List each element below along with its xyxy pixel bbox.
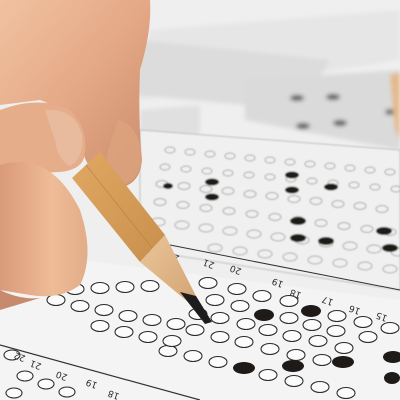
answer-sheet-photo: 22 21 20 19 18 17 16 15 22 21 20 19 18 [0,0,400,400]
photo-scene: 22 21 20 19 18 17 16 15 22 21 20 19 18 [0,0,400,400]
